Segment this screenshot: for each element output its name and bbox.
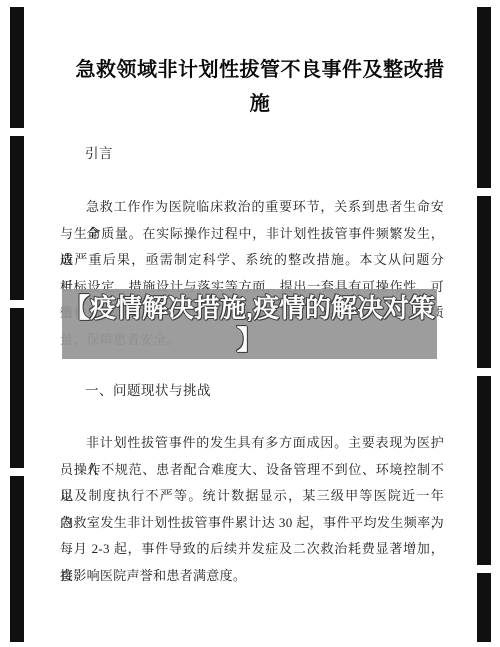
scan-bar-segment	[477, 573, 491, 642]
scan-bar-segment	[477, 196, 491, 368]
scan-bar-segment	[477, 7, 491, 188]
text-line: 成严重后果，亟需制定科学、系统的整改措施。本文从问题分析、	[60, 247, 444, 274]
text-line: 每月 2-3 起，事件导致的后续并发症及二次救治耗费显著增加，直	[60, 536, 444, 563]
text-line: 急救领域非计划性拔管不良事件及整改措	[75, 53, 445, 87]
scan-bar-segment	[10, 7, 24, 128]
scan-bar-segment	[10, 308, 24, 468]
text-line: 与生命质量。在实际操作过程中，非计划性拔管事件频繁发生，造	[60, 221, 444, 248]
scanned-document-page: 急救领域非计划性拔管不良事件及整改措施 引言 急救工作作为医院临床救治的重要环节…	[0, 0, 500, 647]
document-title: 急救领域非计划性拔管不良事件及整改措施	[75, 53, 445, 121]
watermark-text-line1: 【疫情解决措施,疫情的解决对策	[64, 292, 435, 324]
text-line: 接影响医院声誉和患者满意度。	[60, 563, 444, 590]
text-line: 非计划性拔管事件的发生具有多方面成因。主要表现为医护人	[60, 430, 444, 457]
text-line: 急救工作作为医院临床救治的重要环节，关系到患者生命安全	[60, 194, 444, 221]
section-heading: 一、问题现状与挑战	[85, 378, 211, 405]
problem-paragraph: 非计划性拔管事件的发生具有多方面成因。主要表现为医护人员操作不规范、患者配合难度…	[60, 430, 444, 589]
scan-bar-segment	[10, 476, 24, 642]
text-line: 施	[75, 87, 445, 121]
watermark-text-line2: 】	[236, 324, 262, 356]
text-line: 员操作不规范、患者配合难度大、设备管理不到位、环境控制不足	[60, 457, 444, 484]
text-line: 急救室发生非计划性拔管事件累计达 30 起，事件平均发生频率为	[60, 510, 444, 537]
intro-label: 引言	[85, 141, 113, 168]
scan-bar-segment	[10, 136, 24, 300]
scan-bar-segment	[477, 376, 491, 565]
watermark-overlay: 【疫情解决措施,疫情的解决对策 】	[62, 289, 437, 359]
text-line: 以及制度执行不严等。统计数据显示，某三级甲等医院近一年内，	[60, 483, 444, 510]
